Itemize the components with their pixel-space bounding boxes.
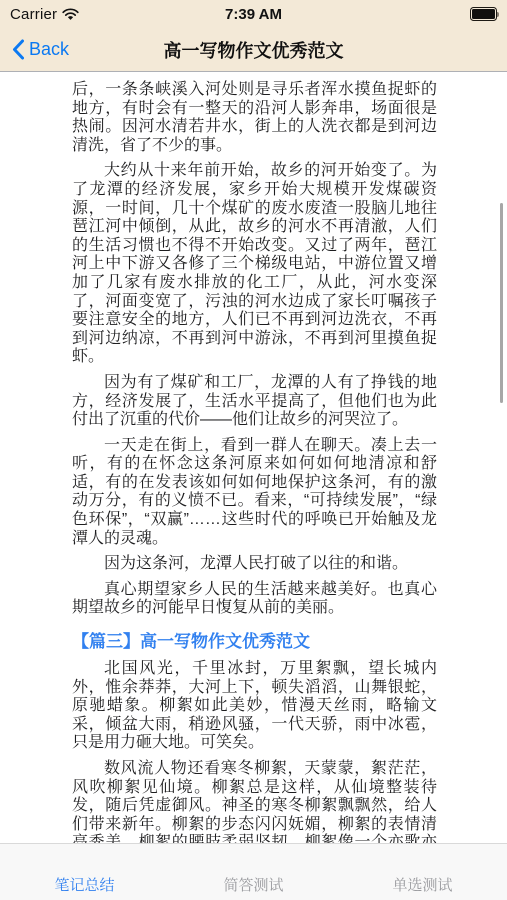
- article-paragraph: 因为这条河，龙潭人民打破了以往的和谐。: [72, 555, 437, 574]
- status-bar: 7:39 AM Carrier: [0, 0, 507, 28]
- tab-label: 笔记总结: [0, 874, 169, 895]
- app-screen: 7:39 AM Carrier Back 高一写物作文优秀范文: [0, 0, 507, 900]
- article-paragraph: 一天走在街上，看到一群人在聊天。凑上去一听，有的在怀念这条河原来如何如何地清凉和…: [72, 437, 437, 549]
- section-heading: 【篇三】高一写物作文优秀范文: [72, 632, 437, 652]
- wifi-icon: [62, 8, 79, 21]
- back-button[interactable]: Back: [12, 39, 69, 60]
- article-paragraph: 后，一条条峡溪入河处则是寻乐者浑水摸鱼捉虾的地方，有时会有一整天的沿河人影奔串，…: [72, 81, 437, 155]
- scrollbar-thumb[interactable]: [500, 203, 503, 403]
- article-paragraph: 因为有了煤矿和工厂，龙潭的人有了挣钱的地方，经济发展了，生活水平提高了，但他们也…: [72, 374, 437, 430]
- chevron-left-icon: [12, 39, 24, 60]
- tab-label: 简答测试: [169, 874, 338, 895]
- navigation-bar: Back 高一写物作文优秀范文: [0, 28, 507, 72]
- battery-icon: [470, 7, 497, 21]
- article-paragraph: 真心期望家乡人民的生活越来越美好。也真心期望故乡的河能早日愎复从前的美丽。: [72, 581, 437, 618]
- tab-item-1[interactable]: 笔记总结: [0, 844, 169, 900]
- back-button-label: Back: [29, 39, 69, 60]
- article-paragraph: 大约从十来年前开始，故乡的河开始变了。为了龙潭的经济发展，家乡开始大规模开发煤碳…: [72, 162, 437, 367]
- article-paragraph: 数风流人物还看寒冬柳絮，天蒙蒙，絮茫茫，风吹柳絮见仙境。柳絮总是这样，从仙境整装…: [72, 760, 437, 843]
- article-body: 后，一条条峡溪入河处则是寻乐者浑水摸鱼捉虾的地方，有时会有一整天的沿河人影奔串，…: [72, 81, 437, 843]
- tab-item-3[interactable]: 单选测试: [338, 844, 507, 900]
- article-scroll-view[interactable]: 后，一条条峡溪入河处则是寻乐者浑水摸鱼捉虾的地方，有时会有一整天的沿河人影奔串，…: [0, 72, 507, 843]
- tab-item-2[interactable]: 简答测试: [169, 844, 338, 900]
- tab-label: 单选测试: [338, 874, 507, 895]
- bottom-tab-bar: 笔记总结简答测试单选测试: [0, 843, 507, 900]
- carrier-label: Carrier: [10, 6, 57, 23]
- article-paragraph: 北国风光，千里冰封，万里絮飘，望长城内外，惟余莽莽，大河上下，顿失滔滔，山舞银蛇…: [72, 660, 437, 753]
- page-title: 高一写物作文优秀范文: [0, 37, 507, 63]
